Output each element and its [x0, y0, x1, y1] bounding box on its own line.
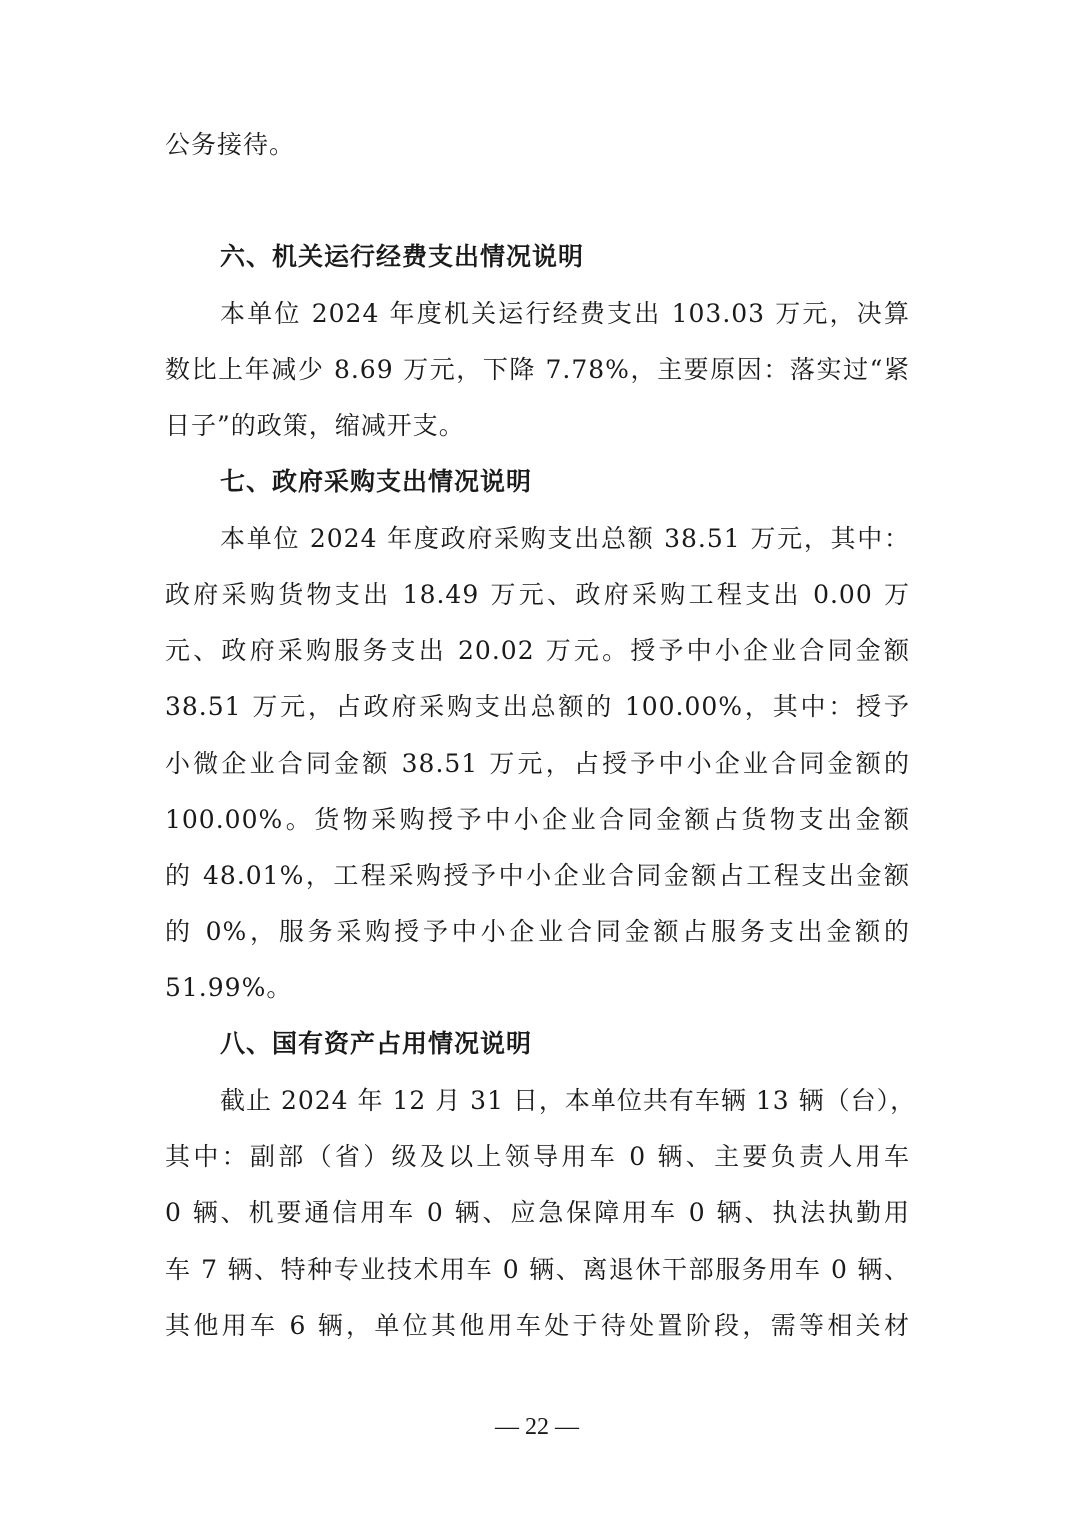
section-heading: 八、国有资产占用情况说明	[220, 1029, 532, 1059]
paragraph-line: 38.51 万元，占政府采购支出总额的 100.00%，其中：授予	[165, 692, 910, 722]
paragraph-line: 日子”的政策，缩减开支。	[165, 411, 910, 441]
paragraph-line: 0 辆、机要通信用车 0 辆、应急保障用车 0 辆、执法执勤用	[165, 1198, 910, 1228]
paragraph-line: 51.99%。	[165, 973, 910, 1003]
paragraph-line: 元、政府采购服务支出 20.02 万元。授予中小企业合同金额	[165, 636, 910, 666]
section-heading: 七、政府采购支出情况说明	[220, 467, 532, 497]
section-heading: 六、机关运行经费支出情况说明	[220, 242, 584, 272]
paragraph-line: 公务接待。	[165, 130, 910, 160]
paragraph-line: 其他用车 6 辆，单位其他用车处于待处置阶段，需等相关材	[165, 1311, 910, 1341]
paragraph-line: 本单位 2024 年度政府采购支出总额 38.51 万元，其中：	[220, 524, 910, 554]
page-number: — 22 —	[0, 1412, 1074, 1442]
paragraph-line: 100.00%。货物采购授予中小企业合同金额占货物支出金额	[165, 805, 910, 835]
paragraph-line: 截止 2024 年 12 月 31 日，本单位共有车辆 13 辆（台），	[220, 1086, 910, 1116]
paragraph-line: 车 7 辆、特种专业技术用车 0 辆、离退休干部服务用车 0 辆、	[165, 1255, 910, 1285]
document-page: 公务接待。六、机关运行经费支出情况说明本单位 2024 年度机关运行经费支出 1…	[0, 0, 1074, 1520]
paragraph-line: 的 48.01%，工程采购授予中小企业合同金额占工程支出金额	[165, 861, 910, 891]
paragraph-line: 小微企业合同金额 38.51 万元，占授予中小企业合同金额的	[165, 749, 910, 779]
paragraph-line: 数比上年减少 8.69 万元，下降 7.78%，主要原因：落实过“紧	[165, 355, 910, 385]
paragraph-line: 其中：副部（省）级及以上领导用车 0 辆、主要负责人用车	[165, 1142, 910, 1172]
paragraph-line: 的 0%，服务采购授予中小企业合同金额占服务支出金额的	[165, 917, 910, 947]
paragraph-line: 本单位 2024 年度机关运行经费支出 103.03 万元，决算	[220, 299, 910, 329]
paragraph-line: 政府采购货物支出 18.49 万元、政府采购工程支出 0.00 万	[165, 580, 910, 610]
